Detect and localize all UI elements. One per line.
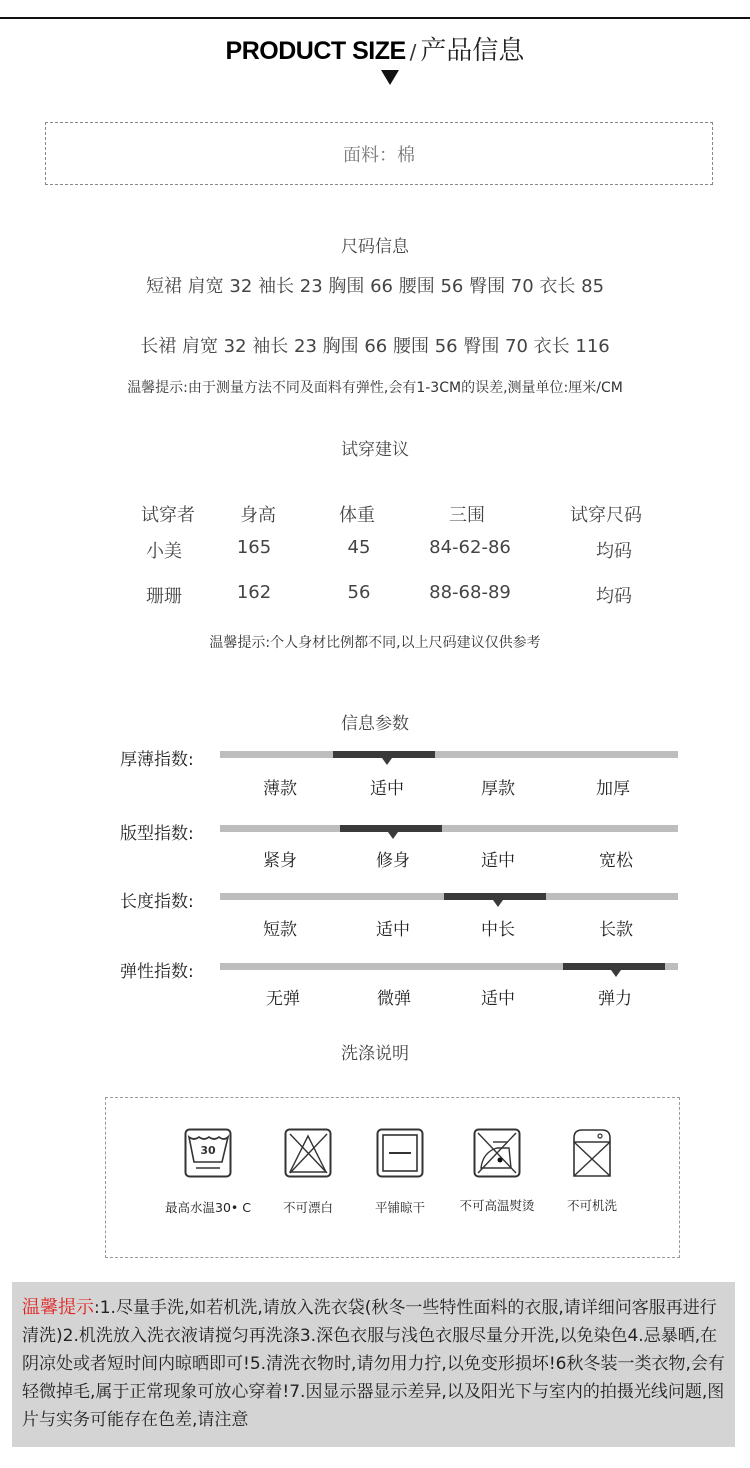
pointer-icon <box>493 900 503 907</box>
top-divider <box>0 17 750 19</box>
page-title: PRODUCT SIZE/产品信息 <box>0 30 750 67</box>
elasticity-bar <box>220 963 678 970</box>
pointer-icon <box>388 832 398 839</box>
cell-tester: 小美 <box>124 537 204 563</box>
wash-30-icon: 30 <box>184 1128 232 1178</box>
option: 短款 <box>240 915 320 940</box>
cell-weight: 45 <box>319 537 399 558</box>
wash-item: 不可机洗 <box>542 1128 642 1214</box>
param-label: 版型指数: <box>120 819 194 844</box>
option: 适中 <box>458 846 538 871</box>
bar-indicator <box>333 751 435 758</box>
option: 加厚 <box>573 774 653 799</box>
option: 无弹 <box>243 984 323 1009</box>
bar-indicator <box>340 825 442 832</box>
option: 适中 <box>353 915 433 940</box>
title-english: PRODUCT SIZE <box>226 37 406 65</box>
title-separator: / <box>410 40 417 64</box>
wash-item: 平铺晾干 <box>350 1128 450 1216</box>
fitting-note: 温馨提示:个人身材比例都不同,以上尺码建议仅供参考 <box>0 632 750 652</box>
fitting-heading: 试穿建议 <box>0 435 750 460</box>
no-machine-wash-icon <box>568 1128 616 1178</box>
pointer-icon <box>611 970 621 977</box>
col-tester: 试穿者 <box>128 501 208 527</box>
cell-height: 162 <box>214 582 294 603</box>
wash-label: 平铺晾干 <box>350 1198 450 1216</box>
pointer-icon <box>382 758 392 765</box>
cell-size: 均码 <box>574 537 654 563</box>
col-height: 身高 <box>218 501 298 527</box>
length-bar <box>220 893 678 900</box>
fit-bar <box>220 825 678 832</box>
cell-measurements: 88-68-89 <box>420 582 520 603</box>
title-chinese: 产品信息 <box>420 36 524 66</box>
svg-text:30: 30 <box>200 1144 216 1157</box>
size-note: 温馨提示:由于测量方法不同及面料有弹性,会有1-3CM的误差,测量单位:厘米/C… <box>0 377 750 397</box>
wash-label: 不可机洗 <box>542 1196 642 1214</box>
size-row-long-skirt: 长裙 肩宽 32 袖长 23 胸围 66 腰围 56 臀围 70 衣长 116 <box>0 332 750 358</box>
option: 宽松 <box>576 846 656 871</box>
param-label: 厚薄指数: <box>120 745 194 770</box>
fabric-label: 面料：棉 <box>343 141 415 167</box>
param-label: 长度指数: <box>120 887 194 912</box>
notice-body: :1.尽量手洗,如若机洗,请放入洗衣袋(秋冬一些特性面料的衣服,请详细问客服再进… <box>22 1298 725 1430</box>
cell-tester: 珊珊 <box>124 582 204 608</box>
cell-height: 165 <box>214 537 294 558</box>
option: 厚款 <box>458 774 538 799</box>
option: 微弹 <box>354 984 434 1009</box>
down-triangle-icon <box>381 70 399 85</box>
wash-label: 最高水温30• C <box>158 1198 258 1216</box>
bar-indicator <box>563 963 665 970</box>
cell-size: 均码 <box>574 582 654 608</box>
option-selected: 修身 <box>353 846 433 871</box>
option: 紧身 <box>240 846 320 871</box>
option: 长款 <box>576 915 656 940</box>
option-selected: 中长 <box>458 915 538 940</box>
option: 薄款 <box>240 774 320 799</box>
option-selected: 适中 <box>347 774 427 799</box>
care-notice: 温馨提示:1.尽量手洗,如若机洗,请放入洗衣袋(秋冬一些特性面料的衣服,请详细问… <box>12 1282 735 1447</box>
fabric-box: 面料：棉 <box>45 122 713 185</box>
wash-item: 不可高温熨烫 <box>447 1128 547 1214</box>
option: 适中 <box>458 984 538 1009</box>
param-label: 弹性指数: <box>120 957 194 982</box>
notice-prefix: 温馨提示 <box>22 1297 94 1318</box>
col-weight: 体重 <box>317 501 397 527</box>
no-bleach-icon <box>284 1128 332 1178</box>
cell-weight: 56 <box>319 582 399 603</box>
size-row-short-skirt: 短裙 肩宽 32 袖长 23 胸围 66 腰围 56 臀围 70 衣长 85 <box>0 272 750 298</box>
bar-indicator <box>444 893 546 900</box>
wash-item: 30 最高水温30• C <box>158 1128 258 1216</box>
col-size: 试穿尺码 <box>556 501 656 527</box>
washing-heading: 洗涤说明 <box>0 1039 750 1064</box>
wash-item: 不可漂白 <box>258 1128 358 1216</box>
thickness-bar <box>220 751 678 758</box>
wash-label: 不可漂白 <box>258 1198 358 1216</box>
cell-measurements: 84-62-86 <box>420 537 520 558</box>
col-measurements: 三围 <box>427 501 507 527</box>
dry-flat-icon <box>376 1128 424 1178</box>
params-heading: 信息参数 <box>0 709 750 734</box>
option-selected: 弹力 <box>575 984 655 1009</box>
wash-label: 不可高温熨烫 <box>447 1196 547 1214</box>
no-iron-icon <box>473 1128 521 1178</box>
size-info-heading: 尺码信息 <box>0 232 750 257</box>
